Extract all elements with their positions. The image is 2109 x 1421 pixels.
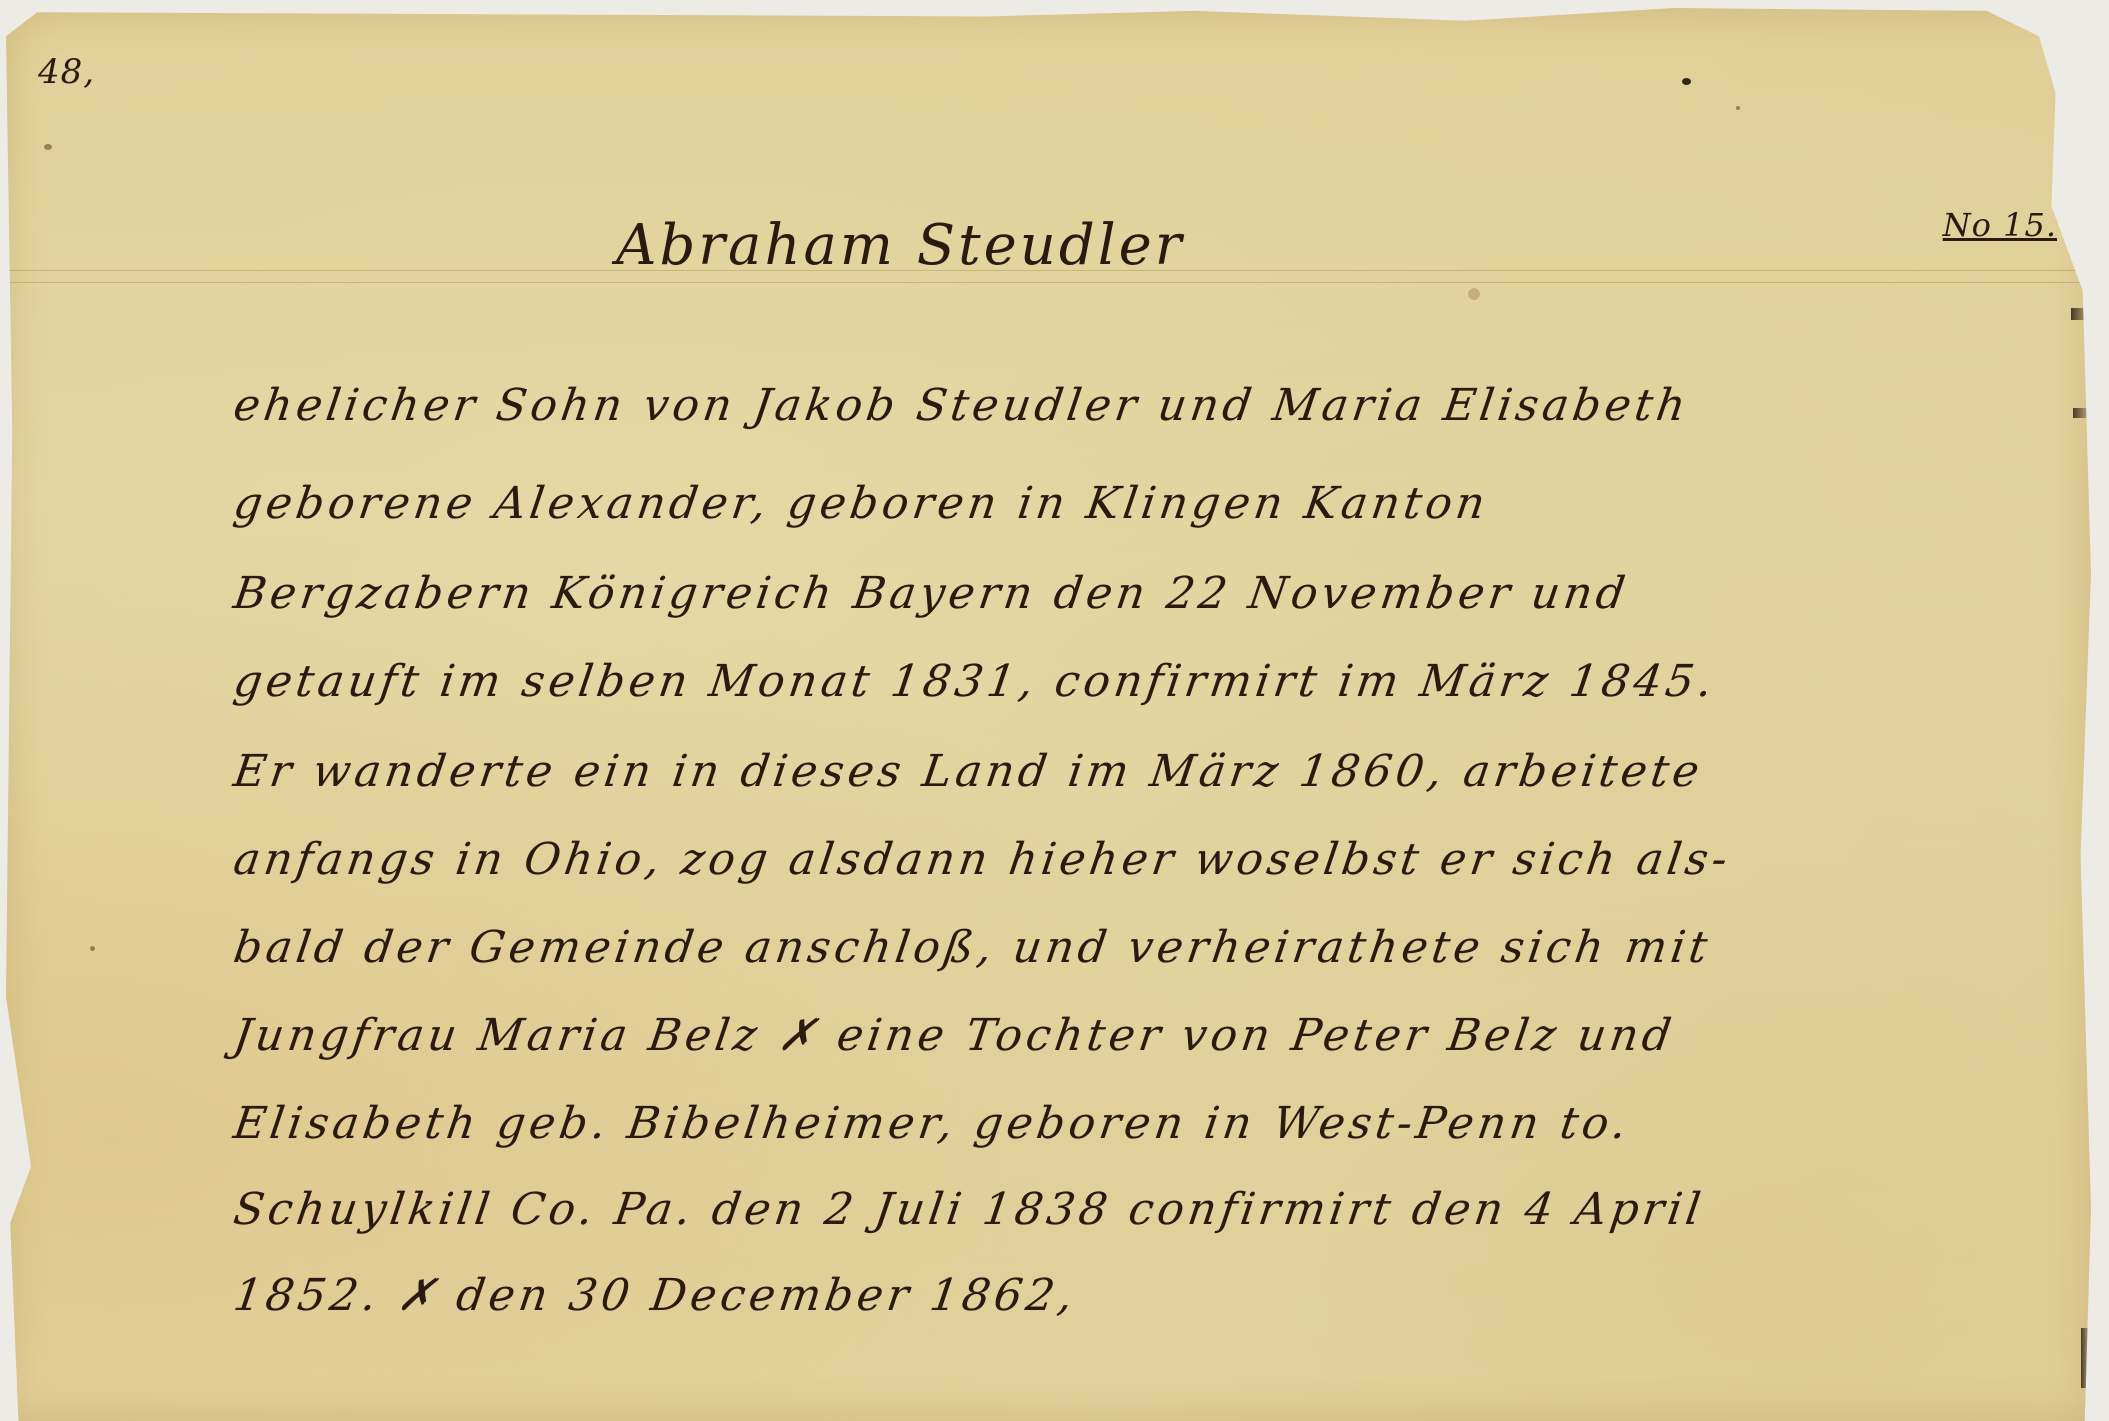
entry-number: No 15. bbox=[1943, 206, 2057, 244]
text-line: bald der Gemeinde anschloß, und verheira… bbox=[230, 922, 1714, 973]
text-line: Elisabeth geb. Bibelheimer, geboren in W… bbox=[230, 1098, 1633, 1149]
ink-spot bbox=[90, 946, 95, 951]
text-line: geborene Alexander, geboren in Klingen K… bbox=[230, 478, 1492, 529]
text-line: Jungfrau Maria Belz ✗ eine Tochter von P… bbox=[230, 1010, 1678, 1061]
text-line: ehelicher Sohn von Jakob Steudler und Ma… bbox=[230, 380, 1692, 431]
document-scan: 48, No 15. Abraham Steudler ehelicher So… bbox=[0, 0, 2109, 1421]
folio-number: 48, bbox=[38, 52, 95, 92]
text-line: getauft im selben Monat 1831, confirmirt… bbox=[230, 656, 1719, 707]
ink-spot bbox=[1682, 78, 1691, 85]
text-line: Er wanderte ein in dieses Land im März 1… bbox=[230, 746, 1706, 797]
paper-page: 48, No 15. Abraham Steudler ehelicher So… bbox=[6, 8, 2091, 1421]
ink-spot bbox=[44, 144, 52, 150]
entry-title: Abraham Steudler bbox=[616, 213, 1185, 278]
torn-edge bbox=[2081, 1328, 2091, 1388]
text-line: 1852. ✗ den 30 December 1862, bbox=[230, 1270, 1079, 1321]
torn-edge bbox=[2071, 308, 2091, 320]
text-line: Schuylkill Co. Pa. den 2 Juli 1838 confi… bbox=[230, 1184, 1707, 1235]
torn-edge bbox=[2077, 8, 2091, 188]
stain-spot bbox=[1468, 288, 1480, 300]
text-line: Bergzabern Königreich Bayern den 22 Nove… bbox=[230, 568, 1632, 619]
ruled-line-top-double bbox=[6, 282, 2081, 283]
ink-spot bbox=[1736, 106, 1740, 110]
torn-edge bbox=[2073, 408, 2091, 418]
text-line: anfangs in Ohio, zog alsdann hieher wose… bbox=[230, 834, 1734, 885]
